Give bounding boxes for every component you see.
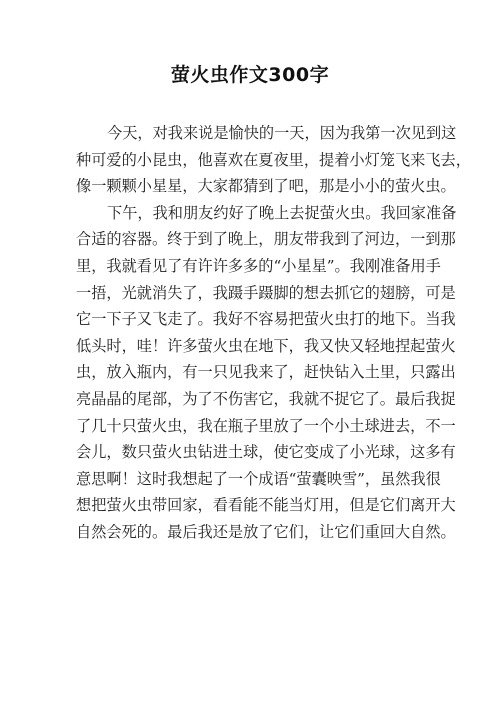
- paragraph-line: 里，我就看见了有许许多多的“小星星”。我刚准备用手: [76, 253, 426, 280]
- paragraph-line: 它一下子又飞走了。我好不容易把萤火虫打的地下。当我: [76, 306, 426, 333]
- paragraph-line: 自然会死的。最后我还是放了它们，让它们重回大自然。: [76, 519, 426, 546]
- paragraph-line: 下午，我和朋友约好了晚上去捉萤火虫。我回家准备: [76, 200, 426, 227]
- paragraph-line: 一捂，光就消失了，我蹑手蹑脚的想去抓它的翅膀，可是: [76, 280, 426, 307]
- paragraph-line: 了几十只萤火虫，我在瓶子里放了一个小土球进去，不一: [76, 413, 426, 440]
- document-body: 今天，对我来说是愉快的一天，因为我第一次见到这 种可爱的小昆虫，他喜欢在夏夜里，…: [76, 120, 428, 546]
- paragraph-line: 会儿，数只萤火虫钻进土球，使它变成了小光球，这多有: [76, 439, 426, 466]
- paragraph-line: 想把萤火虫带回家，看看能不能当灯用，但是它们离开大: [76, 492, 426, 519]
- paragraph-2: 下午，我和朋友约好了晚上去捉萤火虫。我回家准备 合适的容器。终于到了晚上，朋友带…: [76, 200, 428, 546]
- document-page: 萤火虫作文300字 今天，对我来说是愉快的一天，因为我第一次见到这 种可爱的小昆…: [0, 0, 500, 708]
- document-title: 萤火虫作文300字: [0, 62, 500, 88]
- paragraph-line: 种可爱的小昆虫，他喜欢在夏夜里，提着小灯笼飞来飞去，: [76, 147, 426, 174]
- paragraph-line: 合适的容器。终于到了晚上，朋友带我到了河边，一到那: [76, 226, 426, 253]
- paragraph-line: 意思啊！这时我想起了一个成语“萤囊映雪”，虽然我很: [76, 466, 426, 493]
- paragraph-line: 今天，对我来说是愉快的一天，因为我第一次见到这: [76, 120, 426, 147]
- paragraph-line: 像一颗颗小星星，大家都猜到了吧，那是小小的萤火虫。: [76, 173, 426, 200]
- paragraph-line: 低头时，哇！许多萤火虫在地下，我又快又轻地捏起萤火: [76, 333, 426, 360]
- paragraph-line: 虫，放入瓶内，有一只见我来了，赶快钻入土里，只露出: [76, 359, 426, 386]
- paragraph-line: 亮晶晶的尾部，为了不伤害它，我就不捉它了。最后我捉: [76, 386, 426, 413]
- paragraph-1: 今天，对我来说是愉快的一天，因为我第一次见到这 种可爱的小昆虫，他喜欢在夏夜里，…: [76, 120, 428, 200]
